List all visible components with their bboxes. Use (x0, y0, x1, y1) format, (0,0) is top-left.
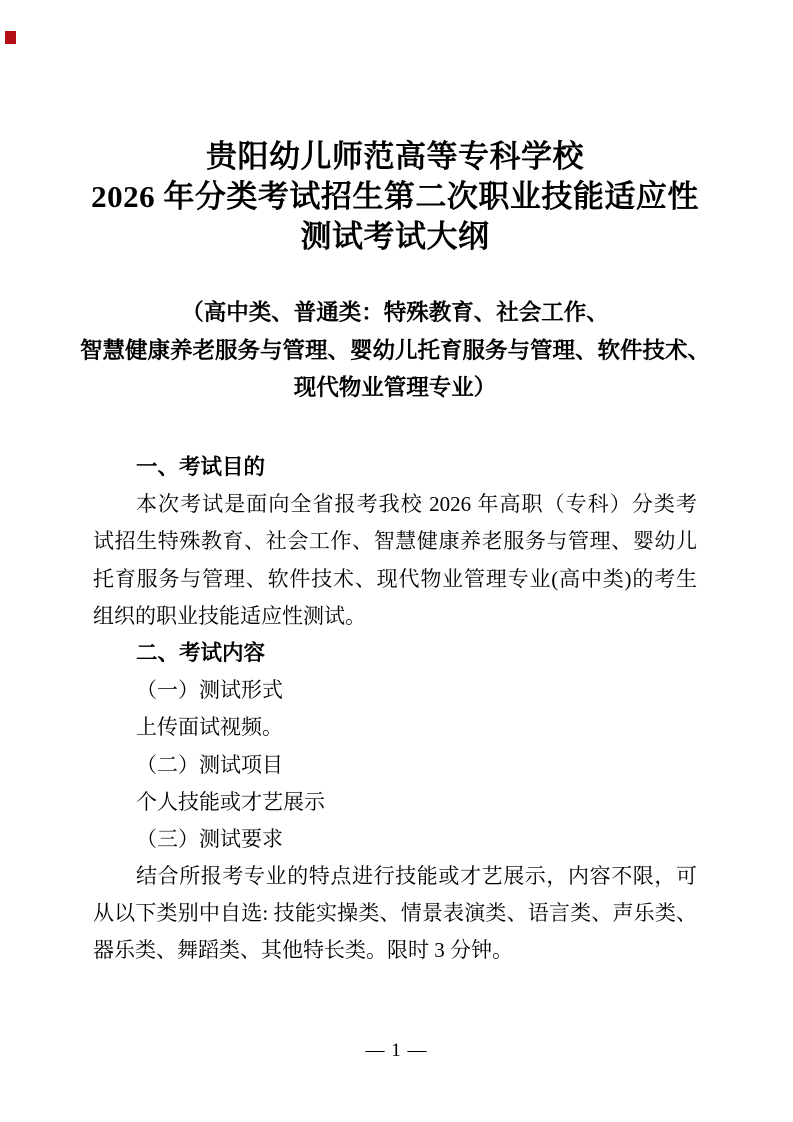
subheading-test-item: （二）测试项目 (93, 747, 697, 784)
test-format-content: 上传面试视频。 (93, 709, 697, 746)
paragraph-line: 试招生特殊教育、社会工作、智慧健康养老服务与管理、婴幼儿 (93, 523, 697, 560)
section-heading-exam-purpose: 一、考试目的 (93, 449, 697, 486)
title-line-1: 贵阳幼儿师范高等专科学校 (70, 137, 720, 177)
document-page: 贵阳幼儿师范高等专科学校 2026 年分类考试招生第二次职业技能适应性 测试考试… (0, 0, 793, 1122)
paragraph-line: 本次考试是面向全省报考我校 2026 年高职（专科）分类考 (93, 486, 697, 523)
paragraph-line: 器乐类、舞蹈类、其他特长类。限时 3 分钟。 (93, 932, 697, 969)
subtitle-line-3: 现代物业管理专业） (45, 369, 745, 407)
paragraph-line: 托育服务与管理、软件技术、现代物业管理专业(高中类)的考生 (93, 561, 697, 598)
subtitle-line-2: 智慧健康养老服务与管理、婴幼儿托育服务与管理、软件技术、 (45, 332, 745, 370)
document-title: 贵阳幼儿师范高等专科学校 2026 年分类考试招生第二次职业技能适应性 测试考试… (70, 137, 720, 257)
page-number: — 1 — (0, 1038, 793, 1064)
document-body: 一、考试目的 本次考试是面向全省报考我校 2026 年高职（专科）分类考 试招生… (93, 449, 697, 970)
title-line-2: 2026 年分类考试招生第二次职业技能适应性 (70, 177, 720, 217)
title-line-3: 测试考试大纲 (70, 217, 720, 257)
section-heading-exam-content: 二、考试内容 (93, 635, 697, 672)
red-annotation-mark (5, 31, 16, 44)
paragraph-line: 从以下类别中自选: 技能实操类、情景表演类、语言类、声乐类、 (93, 895, 697, 932)
subheading-test-format: （一）测试形式 (93, 672, 697, 709)
subtitle-line-1: （高中类、普通类：特殊教育、社会工作、 (45, 294, 745, 332)
subheading-test-requirement: （三）测试要求 (93, 821, 697, 858)
paragraph-line: 结合所报考专业的特点进行技能或才艺展示，内容不限，可 (93, 858, 697, 895)
document-subtitle: （高中类、普通类：特殊教育、社会工作、 智慧健康养老服务与管理、婴幼儿托育服务与… (45, 294, 745, 407)
test-item-content: 个人技能或才艺展示 (93, 784, 697, 821)
paragraph-line: 组织的职业技能适应性测试。 (93, 598, 697, 635)
